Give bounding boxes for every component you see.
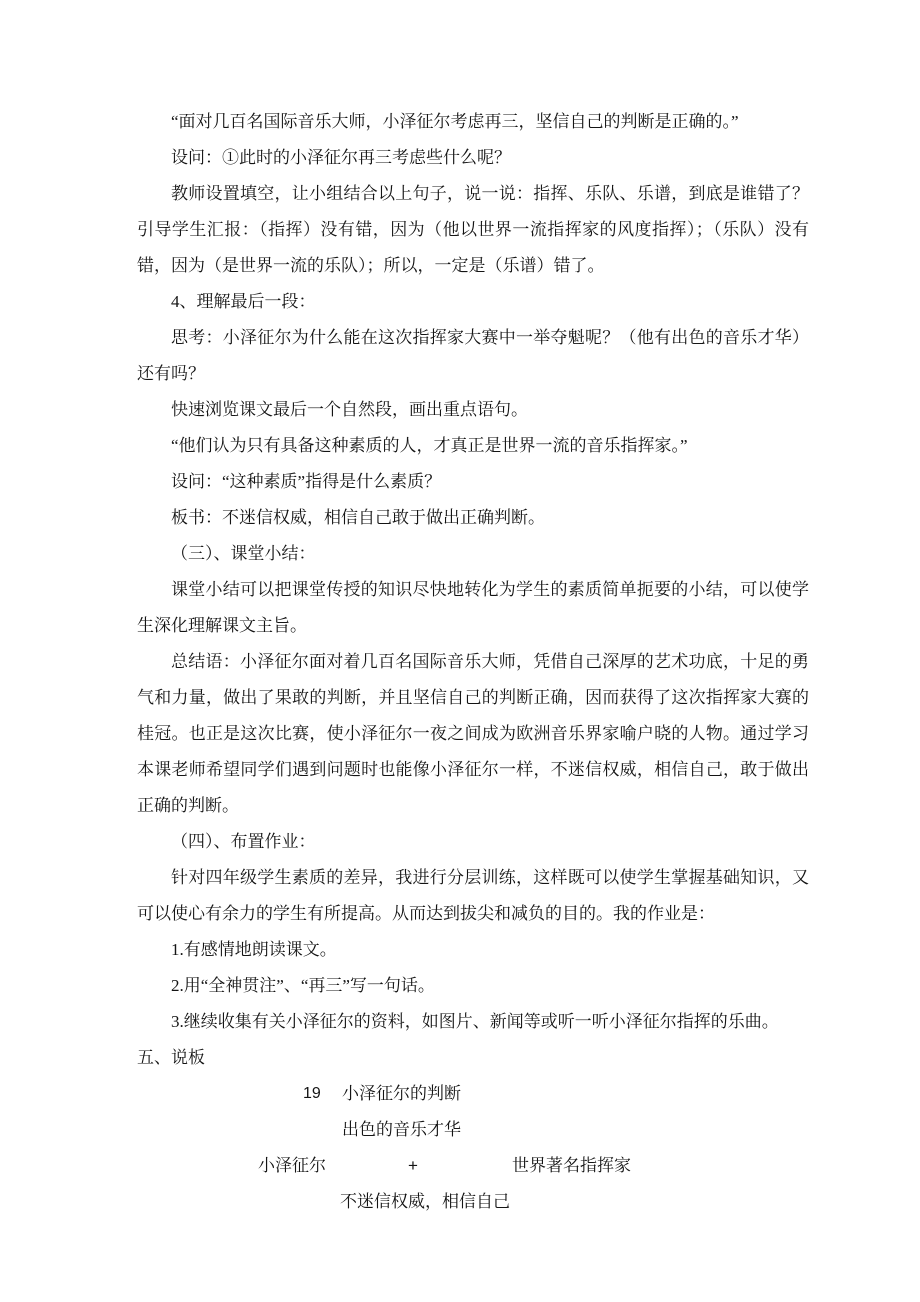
paragraph: （三）、课堂小结：	[137, 536, 809, 572]
lesson-number: 19	[303, 1076, 321, 1112]
paragraph-list: “面对几百名国际音乐大师，小泽征尔考虑再三，坚信自己的判断是正确的。” 设问：①…	[137, 104, 809, 1076]
board-line-terms: 小泽征尔 + 世界著名指挥家	[137, 1148, 809, 1184]
paragraph: 3.继续收集有关小泽征尔的资料，如图片、新闻等或听一听小泽征尔指挥的乐曲。	[137, 1004, 809, 1040]
paragraph: 2.用“全神贯注”、“再三”写一句话。	[137, 968, 809, 1004]
document-body: “面对几百名国际音乐大师，小泽征尔考虑再三，坚信自己的判断是正确的。” 设问：①…	[137, 104, 809, 1220]
paragraph: （四）、布置作业：	[137, 824, 809, 860]
board-left-term: 小泽征尔	[258, 1148, 326, 1184]
board-right-term: 世界著名指挥家	[512, 1148, 631, 1184]
board-footer-term: 不迷信权威，相信自己	[340, 1184, 510, 1220]
paragraph: 教师设置填空，让小组结合以上句子，说一说：指挥、乐队、乐谱，到底是谁错了？引导学…	[137, 176, 809, 284]
paragraph: 4、理解最后一段：	[137, 284, 809, 320]
paragraph: 总结语：小泽征尔面对着几百名国际音乐大师，凭借自己深厚的艺术功底，十足的勇气和力…	[137, 644, 809, 824]
plus-sign: +	[408, 1148, 418, 1184]
board-subtitle: 出色的音乐才华	[342, 1112, 461, 1148]
paragraph: 板书：不迷信权威，相信自己敢于做出正确判断。	[137, 500, 809, 536]
paragraph: 快速浏览课文最后一个自然段，画出重点语句。	[137, 392, 809, 428]
paragraph: 五、说板	[137, 1040, 809, 1076]
paragraph: “他们认为只有具备这种素质的人，才真正是世界一流的音乐指挥家。”	[137, 428, 809, 464]
paragraph: 思考：小泽征尔为什么能在这次指挥家大赛中一举夺魁呢？（他有出色的音乐才华）还有吗…	[137, 320, 809, 392]
board-design: 19 小泽征尔的判断 出色的音乐才华 小泽征尔 + 世界著名指挥家 不迷信权威，…	[137, 1076, 809, 1220]
paragraph: 课堂小结可以把课堂传授的知识尽快地转化为学生的素质简单扼要的小结，可以使学生深化…	[137, 572, 809, 644]
paragraph: 针对四年级学生素质的差异，我进行分层训练，这样既可以使学生掌握基础知识，又可以使…	[137, 860, 809, 932]
paragraph: 1.有感情地朗读课文。	[137, 932, 809, 968]
paragraph: 设问：“这种素质”指得是什么素质？	[137, 464, 809, 500]
document-page: “面对几百名国际音乐大师，小泽征尔考虑再三，坚信自己的判断是正确的。” 设问：①…	[0, 0, 920, 1302]
paragraph: 设问：①此时的小泽征尔再三考虑些什么呢？	[137, 140, 809, 176]
board-line-title: 19 小泽征尔的判断	[137, 1076, 809, 1112]
paragraph: “面对几百名国际音乐大师，小泽征尔考虑再三，坚信自己的判断是正确的。”	[137, 104, 809, 140]
board-line-footer: 不迷信权威，相信自己	[137, 1184, 809, 1220]
board-title: 小泽征尔的判断	[342, 1076, 461, 1112]
board-line-subtitle: 出色的音乐才华	[137, 1112, 809, 1148]
